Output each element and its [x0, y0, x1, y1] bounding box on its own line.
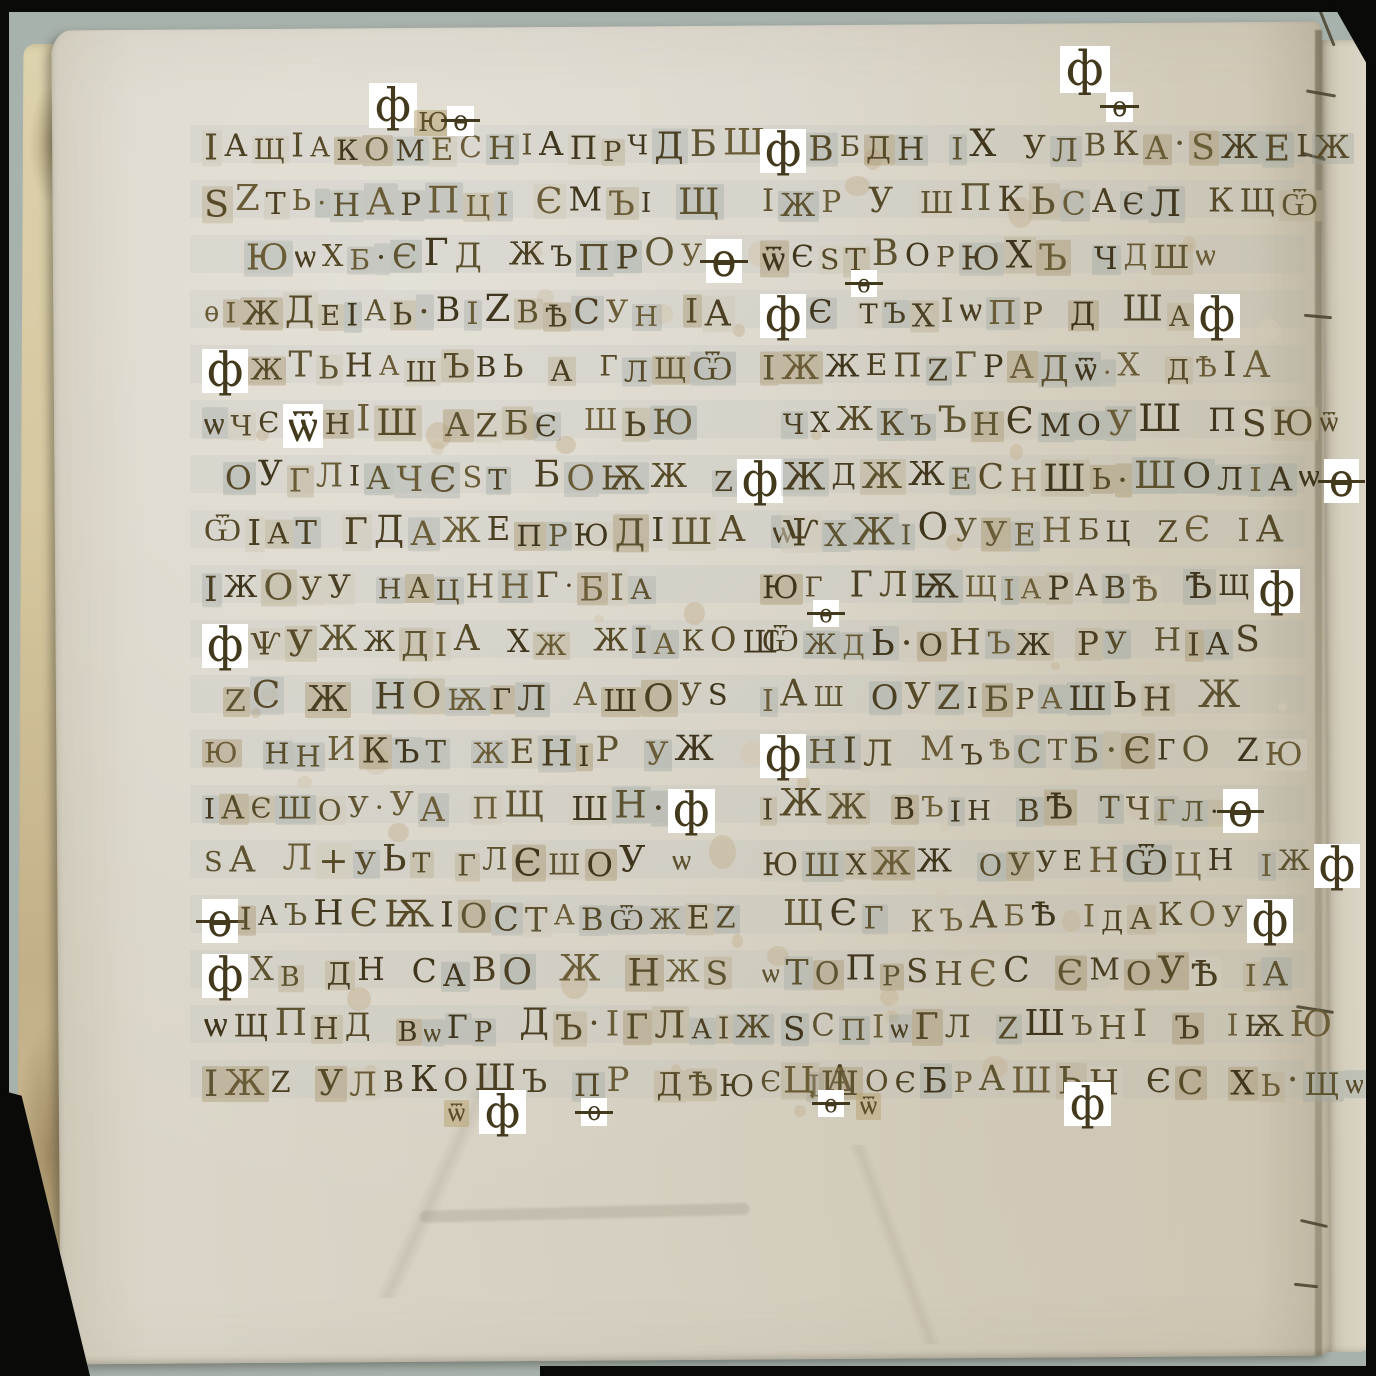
fita-mark: ѳ — [447, 106, 474, 136]
glyph: О — [1187, 898, 1220, 931]
glyph: Д — [283, 293, 318, 329]
glyph: Ѱ — [248, 628, 284, 660]
fita-mark: ѳ — [202, 899, 238, 943]
glyph: А — [716, 512, 749, 548]
glyph: Ж — [779, 351, 823, 384]
glyph: · — [563, 573, 578, 600]
phi-mark: ф — [202, 624, 248, 668]
glyph: Д — [840, 632, 868, 660]
text-line: ЧХЖКЪЪНЄМОУШ ПЅЮѿ — [760, 397, 1325, 452]
phi-mark: ф — [760, 294, 806, 338]
glyph: Е — [863, 351, 891, 381]
glyph: Л — [1050, 136, 1082, 167]
letter-patch: ѿ — [856, 1093, 881, 1120]
glyph: Ш — [1132, 457, 1180, 494]
glyph: Ш — [1009, 1063, 1056, 1099]
glyph: · — [1115, 463, 1132, 497]
glyph: ѡ — [889, 1014, 913, 1042]
glyph: Д — [613, 514, 650, 552]
glyph: Ъ — [392, 737, 423, 769]
glyph: О — [813, 960, 844, 990]
glyph: Г — [952, 349, 981, 384]
glyph: Ъ — [441, 349, 474, 382]
fita-mark: ѳ — [818, 1090, 844, 1117]
glyph: Г — [597, 353, 622, 381]
glyph: Ѿ — [760, 626, 803, 657]
glyph: ѡ — [202, 407, 228, 439]
glyph: І — [964, 684, 982, 713]
glyph: Н — [538, 735, 576, 772]
glyph: В — [396, 1019, 422, 1046]
glyph: Ж — [803, 631, 841, 659]
glyph: І — [841, 734, 861, 770]
glyph: Є — [249, 796, 276, 823]
phi-mark: ф — [1247, 899, 1293, 943]
glyph: О — [585, 849, 617, 881]
glyph: М — [393, 137, 429, 166]
glyph: К — [408, 1062, 441, 1097]
glyph: І — [202, 573, 222, 607]
scan-border-right — [1366, 0, 1376, 1376]
phi-mark: ф — [1194, 294, 1240, 338]
scan-border-top — [0, 0, 1376, 12]
glyph: В — [891, 795, 919, 825]
glyph: А — [967, 896, 1001, 933]
glyph: О — [500, 954, 536, 990]
glyph: І — [948, 797, 966, 826]
glyph: Х — [1004, 237, 1036, 274]
glyph: Н — [323, 410, 354, 439]
glyph: А — [364, 183, 398, 220]
glyph: І — [760, 797, 777, 826]
glyph: · — [416, 295, 433, 331]
glyph: У — [1021, 133, 1050, 164]
glyph: К — [679, 627, 708, 656]
glyph: Ш — [802, 851, 844, 882]
glyph: І — [1258, 852, 1276, 881]
glyph: Х — [1116, 350, 1144, 381]
glyph: Л — [281, 841, 317, 877]
glyph: Ж — [222, 573, 262, 603]
glyph: Ю — [760, 574, 803, 605]
glyph: Н — [1008, 466, 1041, 497]
glyph: Ъ — [553, 1012, 587, 1047]
glyph: І — [202, 1066, 222, 1102]
glyph: Т — [286, 348, 316, 383]
glyph: І — [683, 295, 702, 328]
glyph: Ѱ — [781, 515, 822, 553]
glyph: І — [1225, 1012, 1243, 1042]
glyph: · — [651, 791, 669, 827]
glyph: Ъ — [936, 402, 971, 439]
glyph: Л — [1148, 186, 1185, 223]
text-line: ЅА Л+УЬТ ГЛЄШОУ ѡ — [202, 837, 767, 892]
glyph: Т — [1046, 736, 1071, 765]
glyph: А — [1266, 463, 1297, 496]
glyph: С — [1175, 1066, 1207, 1100]
glyph: І — [238, 906, 256, 936]
glyph: У — [297, 574, 326, 605]
glyph: Ѕ — [1240, 406, 1271, 442]
glyph: Є — [533, 412, 561, 441]
glyph: Ш — [918, 189, 958, 218]
glyph: Є — [1182, 513, 1214, 547]
scan-border-bottom — [540, 1366, 1376, 1376]
glyph: Т — [857, 302, 881, 329]
glyph: І — [576, 743, 593, 771]
glyph: А — [1127, 905, 1156, 935]
text-line: ѿЄЅТВОРЮХЪ ЧДШѡ — [760, 232, 1325, 287]
glyph: Щ — [502, 787, 548, 822]
glyph: К — [334, 137, 362, 165]
glyph: А — [1254, 512, 1288, 549]
glyph: Д — [517, 1005, 553, 1042]
glyph: Ж — [777, 785, 825, 823]
glyph: Л — [943, 1012, 975, 1043]
glyph: О — [362, 135, 393, 166]
glyph: М — [1038, 412, 1075, 442]
glyph: Ъ — [882, 300, 910, 328]
glyph: Ѣ — [987, 737, 1014, 765]
glyph: Ъ — [958, 741, 986, 769]
glyph: Ъ — [1036, 240, 1071, 276]
glyph: Ѣ — [1029, 897, 1060, 930]
text-line: ОУГЛІАЧЄЅТ БОѬЖ Zф — [202, 452, 767, 507]
glyph: Ш — [668, 514, 716, 551]
glyph: Ѿ — [608, 906, 648, 935]
glyph: У — [353, 850, 380, 879]
glyph: Ь — [316, 355, 343, 386]
glyph: А — [227, 842, 260, 878]
glyph: ѿ — [1318, 407, 1342, 436]
glyph: Л — [1179, 800, 1208, 827]
glyph: Е — [318, 304, 344, 331]
phi-mark: ф — [668, 789, 714, 833]
text-line: ѰХЖІОУУЕНБЦ ZЄ ІА — [760, 507, 1325, 562]
glyph: Є — [1004, 403, 1038, 440]
glyph: С — [491, 903, 523, 936]
glyph: Є — [427, 462, 460, 498]
glyph: Ж — [778, 191, 819, 222]
phi-mark: ф — [202, 349, 248, 393]
glyph: І — [433, 629, 452, 661]
fita-mark: ѳ — [581, 1098, 607, 1126]
glyph: А — [571, 679, 601, 711]
glyph: Ш — [1151, 243, 1193, 275]
glyph: Т — [423, 739, 449, 770]
glyph: І — [649, 513, 668, 546]
glyph: Н — [464, 570, 499, 603]
glyph: Л — [1215, 465, 1247, 496]
glyph: П — [514, 522, 545, 551]
glyph: ѡ — [670, 846, 695, 876]
glyph: С — [1060, 190, 1090, 222]
glyph: В — [579, 905, 608, 936]
glyph: Ж — [1276, 847, 1314, 875]
glyph: Х — [505, 627, 534, 659]
glyph: А — [689, 1018, 715, 1045]
glyph: Х — [844, 851, 871, 880]
glyph: Є — [512, 845, 546, 882]
glyph: ѡ — [1193, 239, 1219, 271]
glyph: ѡ — [202, 1005, 232, 1042]
glyph: Ѕ — [460, 463, 486, 492]
glyph: Н — [311, 1015, 343, 1044]
glyph: · — [1172, 127, 1189, 161]
glyph: Г — [490, 685, 515, 714]
glyph: Е — [1061, 849, 1087, 876]
glyph: В — [1102, 574, 1130, 604]
glyph: Ь — [1029, 183, 1060, 220]
glyph: В — [381, 1068, 408, 1097]
glyph: Ѕ — [704, 957, 733, 990]
glyph: Z — [996, 1015, 1023, 1045]
glyph: О — [564, 462, 598, 497]
phi-mark: ф — [760, 734, 806, 778]
glyph: Е — [1262, 132, 1294, 168]
glyph: П — [986, 297, 1020, 330]
glyph: Щ — [1216, 572, 1253, 600]
glyph: У — [1156, 952, 1189, 990]
glyph: І — [1247, 464, 1266, 497]
glyph: І — [289, 130, 308, 163]
glyph: А — [1143, 134, 1173, 165]
glyph: Z — [1155, 518, 1182, 548]
glyph: А — [256, 904, 282, 931]
glyph: У — [346, 793, 373, 822]
glyph: Ѿ — [690, 352, 736, 386]
phi-mark: ф — [760, 129, 806, 173]
glyph: К — [995, 182, 1028, 217]
glyph: Ц — [434, 577, 464, 605]
glyph: І — [344, 302, 362, 333]
glyph: І — [494, 191, 512, 222]
glyph: Ж — [1196, 676, 1244, 714]
glyph: В — [806, 133, 837, 167]
glyph: Д — [1068, 300, 1099, 331]
glyph: У — [644, 739, 673, 771]
text-line: ѳІЖДЕІАЬ·ВІZВѢСУН ІА — [202, 287, 767, 342]
glyph: І — [870, 1012, 889, 1044]
glyph: Н — [895, 135, 928, 166]
glyph: Р — [934, 243, 959, 271]
text-line: ЖДЖЖЕСНШЬ·ШОЛІАѡѳ — [760, 452, 1325, 507]
glyph: Р — [880, 964, 904, 991]
glyph: І — [760, 352, 779, 386]
glyph: · — [899, 624, 917, 662]
glyph: М — [918, 732, 959, 766]
glyph: Ш — [1136, 400, 1185, 438]
glyph: · — [1208, 800, 1223, 827]
glyph: І — [519, 132, 536, 161]
glyph: Г — [422, 234, 453, 272]
glyph: Р — [819, 188, 845, 218]
glyph: Є — [390, 240, 422, 273]
glyph: О — [458, 900, 491, 933]
glyph: У — [285, 626, 317, 662]
glyph: А — [408, 517, 440, 551]
glyph: Н — [1141, 683, 1175, 716]
glyph: І — [608, 570, 628, 606]
glyph: Ш — [1066, 682, 1110, 715]
glyph: І — [1081, 901, 1099, 932]
glyph: Д — [1099, 908, 1127, 935]
glyph: Н — [965, 798, 995, 825]
glyph: О — [223, 462, 256, 495]
glyph: П — [576, 241, 613, 277]
glyph: І — [632, 625, 652, 659]
glyph: · — [1103, 732, 1121, 770]
glyph: І — [1221, 347, 1241, 382]
glyph: Є — [1120, 191, 1148, 220]
text-line: ІЖЖЕПZГРАДѿ·Х ДѢІА — [760, 342, 1325, 397]
phi-mark: ф — [369, 83, 417, 128]
glyph: Ш — [546, 851, 585, 880]
glyph: М — [1087, 956, 1123, 986]
glyph: І — [716, 1015, 734, 1044]
glyph: І — [760, 687, 778, 717]
glyph: Н — [486, 134, 519, 165]
text-line: ЅZТЬ·НАРПЦІ ЄМЪІ Щ — [202, 177, 767, 232]
glyph: Д — [399, 628, 432, 662]
glyph: Л — [652, 1006, 689, 1043]
glyph: Т — [486, 467, 510, 495]
glyph: Н — [1086, 843, 1123, 878]
text-line: ЮШХЖЖ ОУУЕНѾЦН ІЖф — [760, 837, 1325, 892]
glyph: Д — [343, 1010, 375, 1042]
glyph: А — [405, 574, 433, 603]
glyph: У — [866, 184, 897, 218]
glyph: А — [651, 630, 679, 659]
glyph: ѡ — [293, 239, 320, 273]
glyph: Ь — [1090, 465, 1115, 494]
glyph: Ѭ — [1242, 1012, 1287, 1041]
glyph: Ж — [834, 403, 877, 436]
glyph: Ц — [1103, 517, 1134, 546]
glyph: Л — [347, 1068, 381, 1101]
glyph: Ж — [860, 459, 906, 495]
glyph: Z — [714, 905, 740, 934]
glyph: ѡ — [1344, 1070, 1368, 1098]
text-line: фХВ ДН САВО Ж НЖЅ — [202, 947, 767, 1002]
glyph: Н — [1206, 846, 1238, 876]
glyph: Z — [233, 181, 264, 216]
glyph: Ъ — [548, 243, 576, 271]
text-line: фЄ ТЪХІѡПР Д ШАф — [760, 287, 1325, 342]
glyph: А — [1019, 576, 1046, 603]
glyph: І — [245, 516, 265, 552]
glyph: Б — [531, 456, 564, 493]
glyph: Г — [1154, 796, 1179, 825]
glyph: Д — [829, 461, 859, 491]
glyph: А — [1090, 185, 1121, 218]
glyph: А — [976, 1061, 1009, 1096]
glyph: Ш — [404, 358, 441, 386]
glyph: Ш — [582, 406, 622, 435]
glyph: І — [939, 294, 958, 327]
glyph: А — [552, 902, 579, 930]
glyph: Д — [864, 135, 895, 166]
text-line: Ю ННИКЪТ ЖЕНІР УЖ — [202, 727, 767, 782]
glyph: У — [679, 241, 706, 270]
glyph: Н — [372, 678, 410, 714]
glyph: Р — [546, 522, 572, 551]
glyph: Z — [482, 290, 514, 327]
glyph: Є — [1055, 956, 1088, 991]
glyph: І — [899, 523, 916, 550]
glyph: Б — [347, 247, 374, 275]
glyph: Ц — [463, 193, 494, 222]
glyph: Ж — [871, 847, 915, 881]
glyph: Ж — [240, 297, 283, 330]
glyph: А — [1038, 685, 1066, 714]
text-line: ЅСПІѡГЛ ZШЪНІ Ъ ІѬЮ — [760, 1002, 1325, 1057]
glyph: Ю — [1263, 739, 1307, 771]
glyph: О — [1180, 459, 1215, 494]
glyph: Х — [967, 125, 1000, 163]
text-column-right: фВБДН ІХ УЛВКА·ЅЖЕІЖІЖР У ШПКЬСАЄЛ КЩѾѿЄ… — [760, 122, 1325, 1112]
glyph: У — [678, 681, 706, 712]
glyph: І — [223, 299, 240, 327]
glyph: Н — [343, 350, 377, 382]
glyph: Є — [789, 243, 818, 273]
glyph: Н — [612, 787, 650, 824]
glyph: І — [1185, 630, 1204, 662]
glyph: Ѣ — [1130, 573, 1162, 607]
glyph: Ѕ — [781, 1013, 810, 1046]
glyph: Ж — [248, 357, 286, 386]
glyph: Ѣ — [543, 303, 571, 332]
glyph: А — [377, 353, 404, 380]
glyph: Ж — [591, 627, 631, 658]
glyph: Г — [445, 1013, 472, 1045]
glyph: ѳ — [202, 298, 223, 326]
glyph: Ц — [1172, 849, 1206, 881]
glyph: І — [1294, 132, 1312, 163]
glyph: Р — [593, 733, 622, 768]
glyph: У — [1105, 406, 1136, 441]
glyph: О — [641, 680, 678, 717]
glyph: А — [1073, 572, 1102, 602]
glyph: Ц — [781, 1063, 819, 1100]
glyph: Ж — [1312, 133, 1353, 164]
glyph: Ъ — [938, 906, 968, 936]
glyph: У — [1006, 851, 1034, 881]
glyph: Н — [355, 955, 389, 987]
glyph: Ж — [440, 514, 485, 548]
glyph: П — [844, 952, 880, 987]
glyph: У — [315, 1066, 347, 1102]
glyph: Н — [632, 304, 662, 331]
glyph: А — [219, 794, 249, 825]
glyph: О — [1124, 959, 1156, 990]
glyph: Ъ — [282, 901, 311, 930]
glyph: А — [362, 297, 390, 326]
glyph: А — [222, 131, 251, 162]
phi-mark: ф — [479, 1090, 526, 1134]
glyph: Ж — [1219, 131, 1262, 164]
glyph: С — [1001, 954, 1034, 989]
glyph: П — [568, 134, 601, 165]
glyph: У — [1103, 629, 1131, 659]
glyph: К — [1110, 127, 1142, 161]
glyph: В — [470, 953, 501, 986]
glyph: Н — [947, 624, 985, 661]
glyph: Р — [472, 1018, 497, 1046]
glyph: Ю — [572, 522, 613, 551]
glyph: Ъ — [985, 629, 1015, 659]
glyph: Ш — [1022, 1006, 1069, 1042]
